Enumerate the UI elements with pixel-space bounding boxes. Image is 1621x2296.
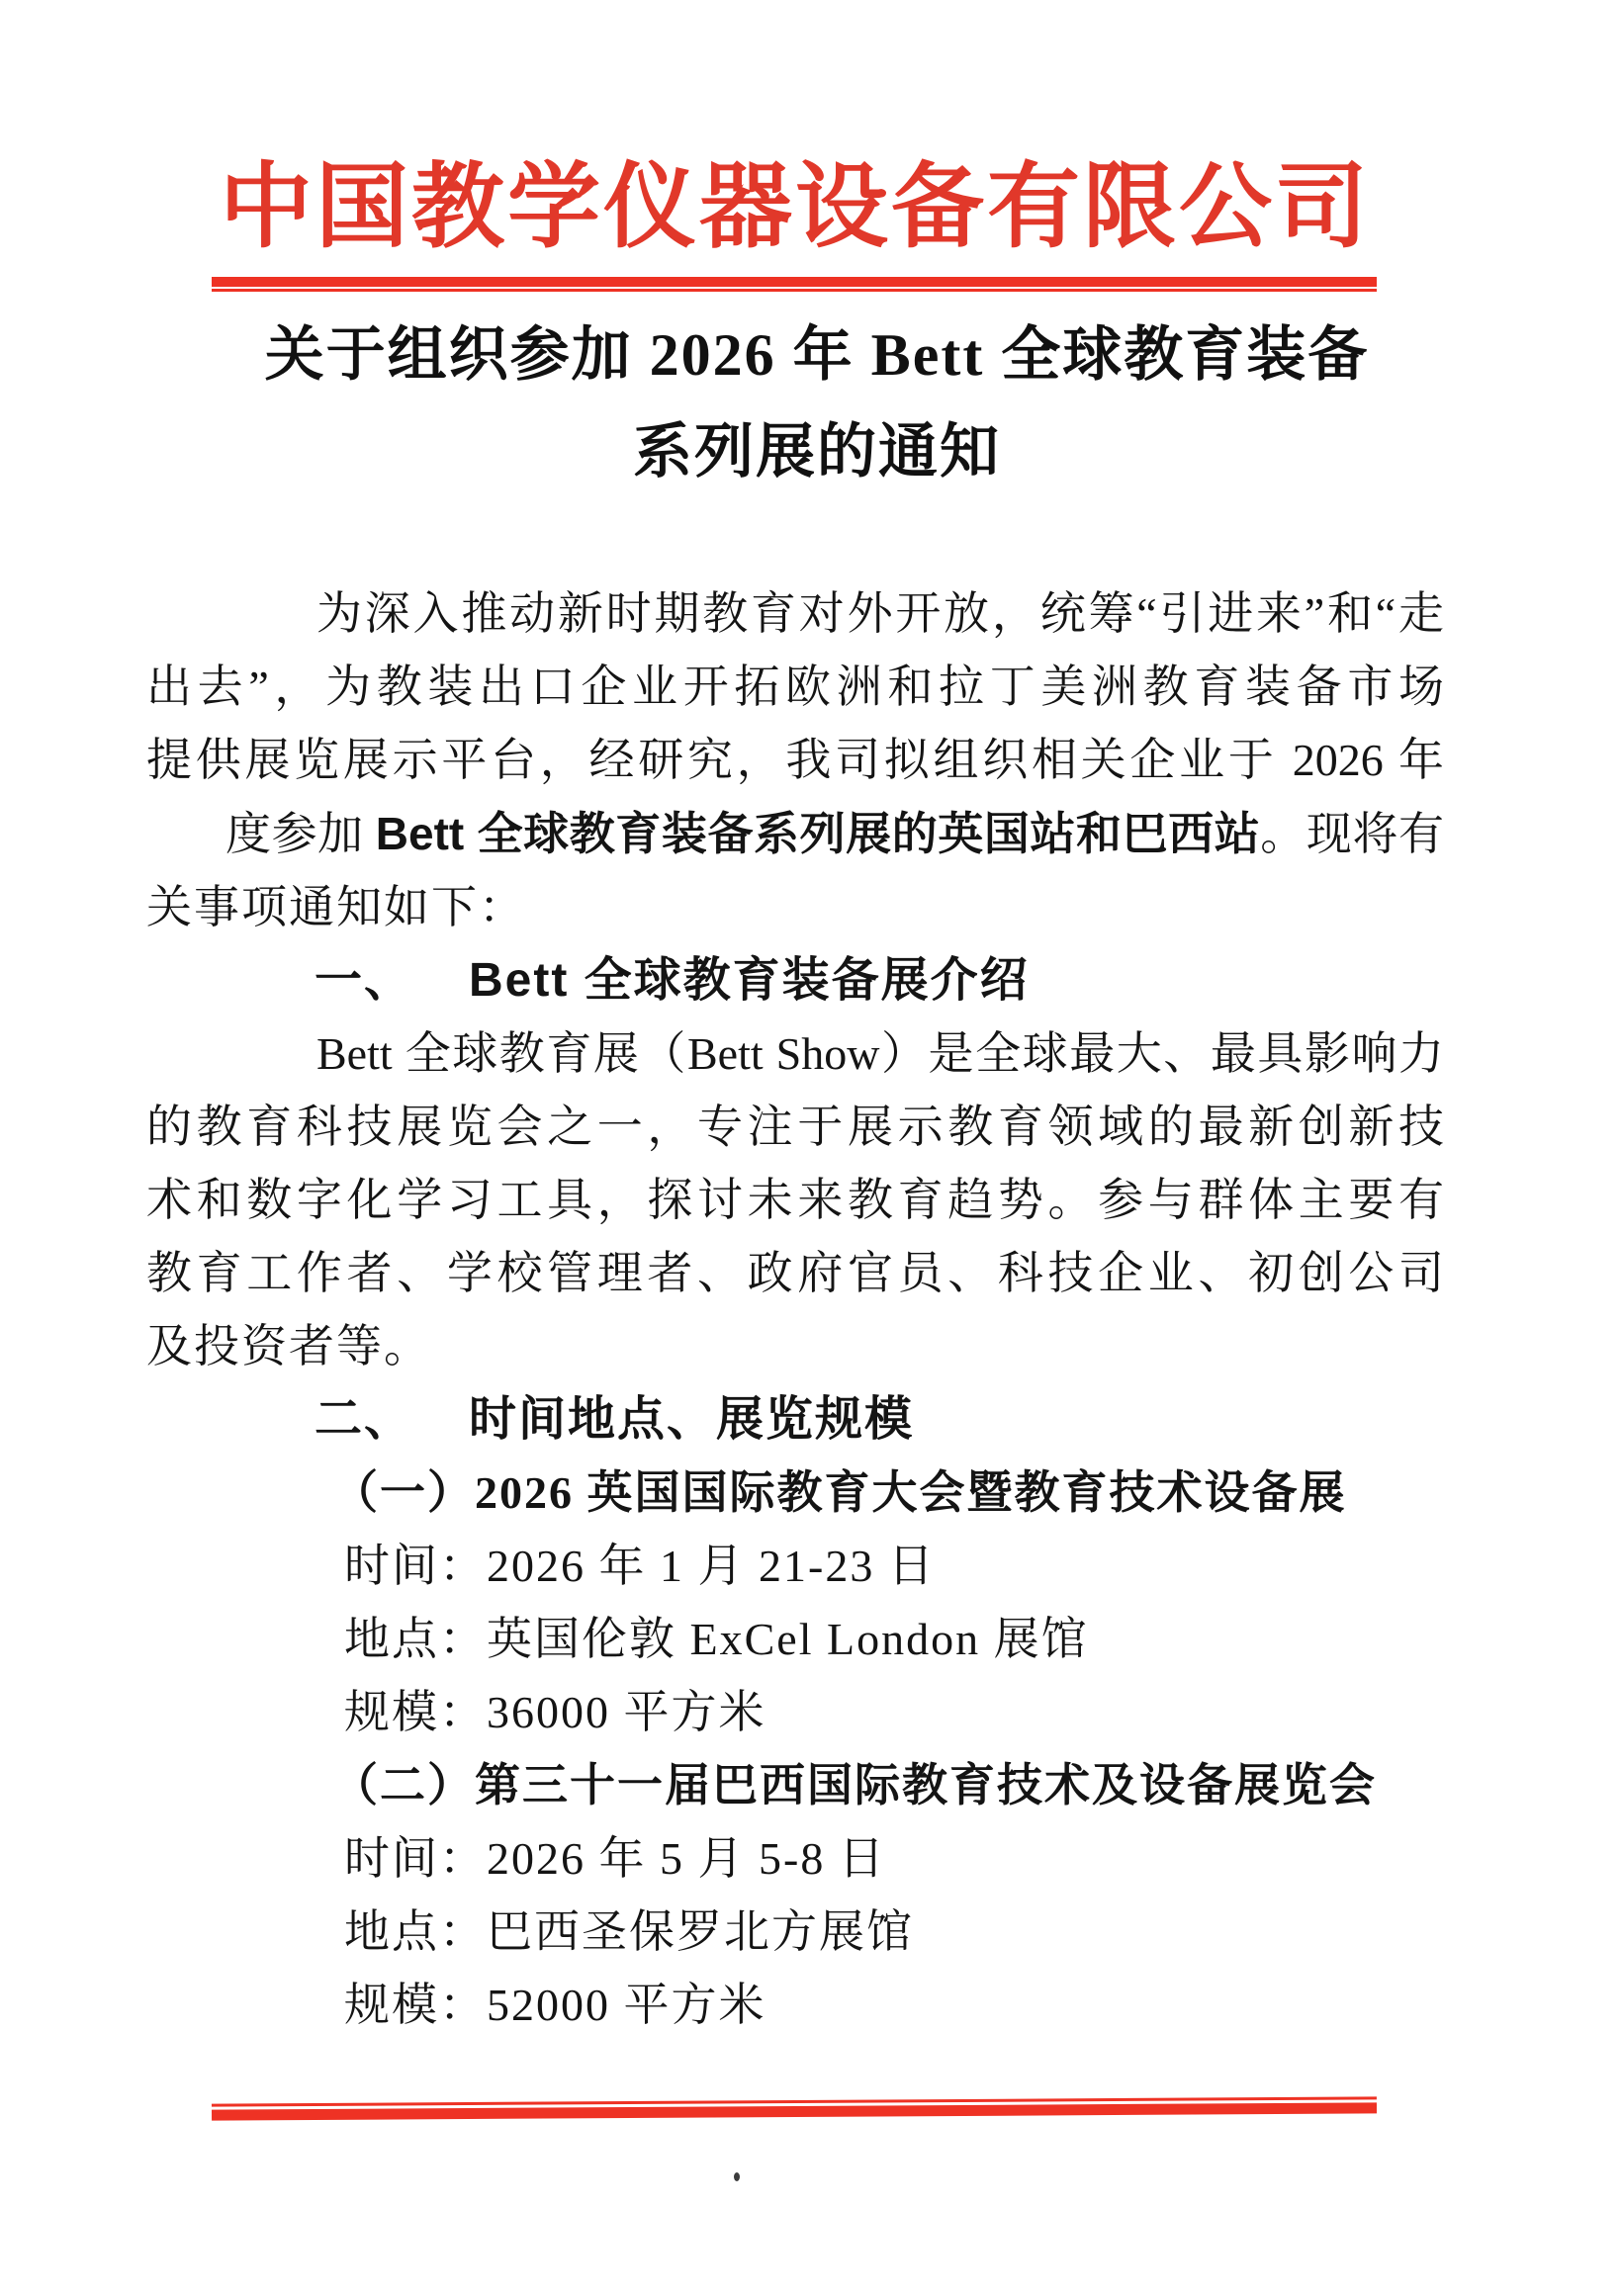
- para2-line3: 术和数字化学习工具，探讨未来教育趋势。参与群体主要有: [146, 1164, 1444, 1237]
- subsection-1-scale: 规模：36000 平方米: [146, 1676, 1444, 1749]
- para1-line2: 出去”，为教装出口企业开拓欧洲和拉丁美洲教育装备市场: [146, 651, 1444, 724]
- subsection-2-time: 时间：2026 年 5 月 5-8 日: [146, 1822, 1444, 1896]
- company-letterhead: 中国教学仪器设备有限公司: [146, 150, 1444, 265]
- section-heading-1: 一、Bett 全球教育装备展介绍: [146, 944, 1444, 1017]
- section-heading-2-text: 时间地点、展览规模: [469, 1393, 914, 1446]
- para1-line4-regular-pre: 度参加: [225, 809, 376, 859]
- para2-line1: Bett 全球教育展（Bett Show）是全球最大、最具影响力: [146, 1017, 1444, 1091]
- footer-rule-bottom: [212, 2096, 1377, 2120]
- para1-line5: 关事项通知如下：: [146, 871, 1444, 944]
- para1-line1: 为深入推动新时期教育对外开放，统筹“引进来”和“走: [146, 577, 1444, 651]
- section-heading-2-number: 二、: [315, 1393, 413, 1446]
- notice-title-line-2: 系列展的通知: [168, 403, 1466, 500]
- subsection-1-place: 地点：英国伦敦 ExCel London 展馆: [146, 1603, 1444, 1676]
- para1-line4-bold-span: Bett 全球教育装备系列展的英国站和巴西站: [376, 808, 1261, 859]
- rule-thick-bar: [212, 277, 1377, 287]
- para2-line5: 及投资者等。: [146, 1310, 1444, 1383]
- section-heading-1-text: Bett 全球教育装备展介绍: [469, 954, 1030, 1007]
- para1-line4: 度参加 Bett 全球教育装备系列展的英国站和巴西站。现将有: [146, 797, 1444, 871]
- notice-body: 为深入推动新时期教育对外开放，统筹“引进来”和“走 出去”，为教装出口企业开拓欧…: [146, 577, 1444, 2042]
- document-page: 中国教学仪器设备有限公司 关于组织参加 2026 年 Bett 全球教育装备 系…: [0, 0, 1621, 2296]
- footer-dot: [734, 2172, 740, 2181]
- para1-line3: 提供展览展示平台，经研究，我司拟组织相关企业于 2026 年: [146, 724, 1444, 797]
- letterhead-rule-top: [212, 277, 1377, 292]
- notice-title: 关于组织参加 2026 年 Bett 全球教育装备 系列展的通知: [168, 307, 1466, 500]
- section-heading-1-number: 一、: [315, 954, 413, 1007]
- subsection-1-time: 时间：2026 年 1 月 21-23 日: [146, 1530, 1444, 1603]
- subsection-2-place: 地点：巴西圣保罗北方展馆: [146, 1896, 1444, 1969]
- notice-title-line-1: 关于组织参加 2026 年 Bett 全球教育装备: [168, 307, 1466, 403]
- subsection-2-title: （二）第三十一届巴西国际教育技术及设备展览会: [146, 1749, 1444, 1822]
- para2-line4: 教育工作者、学校管理者、政府官员、科技企业、初创公司: [146, 1237, 1444, 1310]
- subsection-1-title: （一）2026 英国国际教育大会暨教育技术设备展: [146, 1457, 1444, 1530]
- para2-line2: 的教育科技展览会之一，专注于展示教育领域的最新创新技: [146, 1091, 1444, 1164]
- rule-thin-bar: [212, 289, 1377, 292]
- subsection-2-scale: 规模：52000 平方米: [146, 1969, 1444, 2042]
- para1-line4-regular-post: 。现将有: [1260, 809, 1444, 859]
- section-heading-2: 二、时间地点、展览规模: [146, 1383, 1444, 1457]
